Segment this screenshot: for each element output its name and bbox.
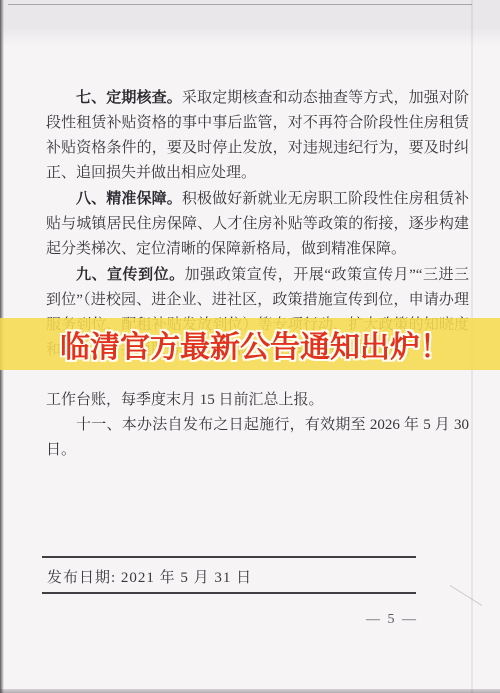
paragraph-10-text: 工作台账，每季度末月 15 日前汇总上报。 [46, 392, 324, 408]
promo-banner: 临清官方最新公告通知出炉！ [0, 318, 500, 370]
page-number: — 5 — [366, 612, 418, 628]
paragraph-11: 十一、本办法自发布之日起施行，有效期至 2026 年 5 月 30 日。 [46, 413, 469, 463]
promo-banner-text: 临清官方最新公告通知出炉！ [50, 322, 450, 366]
paragraph-11-text: 十一、本办法自发布之日起施行，有效期至 2026 年 5 月 30 日。 [46, 417, 469, 458]
scan-scratch-artifact [450, 585, 483, 606]
scanned-document-page: { "banner": { "text": "临清官方最新公告通知出炉！", "… [0, 0, 500, 693]
scan-top-edge-line [8, 4, 472, 5]
paragraph-8: 八、精准保障。积极做好新就业无房职工阶段性住房租赁补贴与城镇居民住房保障、人才住… [46, 186, 469, 262]
scan-top-shading [0, 0, 500, 46]
footer-divider-bottom [42, 592, 416, 594]
publish-date: 发布日期: 2021 年 5 月 31 日 [47, 566, 252, 587]
paragraph-7: 七、定期核查。采取定期核查和动态抽查等方式，加强对阶段性租赁补贴资格的事中事后监… [46, 85, 469, 186]
paragraph-8-heading: 八、精准保障。 [76, 190, 182, 207]
scan-bottom-edge [0, 689, 500, 693]
paragraph-9-heading: 九、宣传到位。 [76, 266, 185, 283]
document-body: 七、定期核查。采取定期核查和动态抽查等方式，加强对阶段性租赁补贴资格的事中事后监… [46, 85, 469, 463]
paragraph-7-heading: 七、定期核查。 [76, 89, 182, 106]
footer-divider-top [42, 556, 416, 558]
paragraph-10-continuation: 工作台账，每季度末月 15 日前汇总上报。 [46, 388, 469, 413]
